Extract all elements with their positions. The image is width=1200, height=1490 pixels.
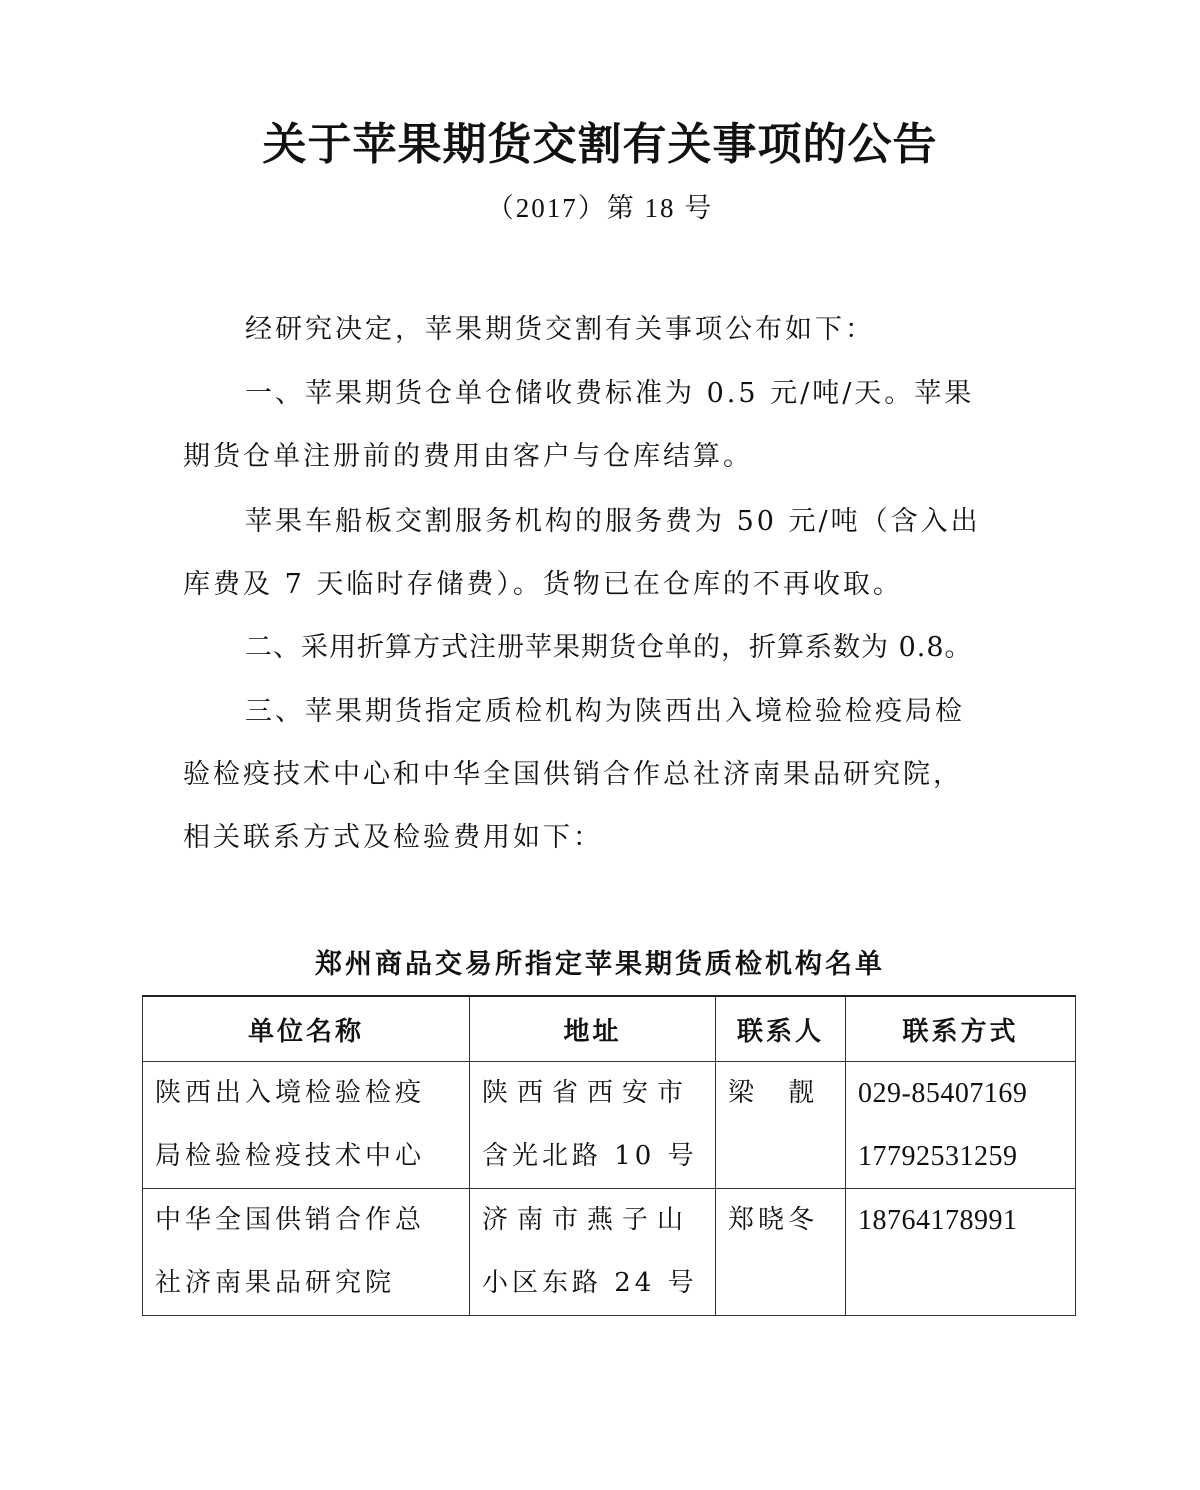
paragraph-line: 相关联系方式及检验费用如下： — [183, 806, 1043, 869]
document-number: （2017）第 18 号 — [0, 186, 1200, 225]
table-row: 中华全国供销合作总 社济南果品研究院 济南市燕子山 小区东路 24 号 郑晓冬 … — [143, 1189, 1076, 1316]
cell-address: 陕西省西安市 含光北路 10 号 — [470, 1062, 716, 1189]
cell-contact-info: 029-85407169 17792531259 — [846, 1062, 1076, 1189]
cell-line: 济南市燕子山 — [482, 1189, 709, 1252]
phone-number: 029-85407169 — [858, 1062, 1069, 1125]
cell-line: 陕西出入境检验检疫 — [155, 1062, 463, 1125]
cell-line: 社济南果品研究院 — [155, 1252, 463, 1315]
phone-number: 18764178991 — [858, 1189, 1069, 1252]
paragraph-line: 一、苹果期货仓单仓储收费标准为 0.5 元/吨/天。苹果 — [183, 362, 1043, 425]
cell-line: 小区东路 24 号 — [482, 1252, 709, 1315]
header-address: 地址 — [470, 996, 716, 1062]
header-contact-person: 联系人 — [716, 996, 846, 1062]
cell-address: 济南市燕子山 小区东路 24 号 — [470, 1189, 716, 1316]
paragraph-line: 三、苹果期货指定质检机构为陕西出入境检验检疫局检 — [183, 680, 1043, 743]
inspection-agency-table: 单位名称 地址 联系人 联系方式 陕西出入境检验检疫 局检验检疫技术中心 陕西省… — [142, 995, 1076, 1316]
header-contact-info: 联系方式 — [846, 996, 1076, 1062]
table-row: 陕西出入境检验检疫 局检验检疫技术中心 陕西省西安市 含光北路 10 号 梁 靓… — [143, 1062, 1076, 1189]
table-header-row: 单位名称 地址 联系人 联系方式 — [143, 996, 1076, 1062]
cell-unit-name: 陕西出入境检验检疫 局检验检疫技术中心 — [143, 1062, 470, 1189]
paragraph-item-3: 三、苹果期货指定质检机构为陕西出入境检验检疫局检 验检疫技术中心和中华全国供销合… — [183, 680, 1043, 869]
header-unit-name: 单位名称 — [143, 996, 470, 1062]
paragraph-line: 经研究决定，苹果期货交割有关事项公布如下： — [183, 298, 1043, 361]
paragraph-line: 期货仓单注册前的费用由客户与仓库结算。 — [183, 425, 1043, 488]
paragraph-line: 库费及 7 天临时存储费）。货物已在仓库的不再收取。 — [183, 553, 1043, 616]
cell-contact-person: 梁 靓 — [716, 1062, 846, 1189]
cell-contact-person: 郑晓冬 — [716, 1189, 846, 1316]
paragraph-line: 验检疫技术中心和中华全国供销合作总社济南果品研究院， — [183, 743, 1043, 806]
paragraph-line: 苹果车船板交割服务机构的服务费为 50 元/吨（含入出 — [183, 490, 1043, 553]
document-page: 关于苹果期货交割有关事项的公告 （2017）第 18 号 经研究决定，苹果期货交… — [0, 0, 1200, 1490]
paragraph-line: 二、采用折算方式注册苹果期货仓单的，折算系数为 0.8。 — [183, 616, 1043, 679]
cell-line: 梁 靓 — [728, 1062, 839, 1125]
cell-line: 中华全国供销合作总 — [155, 1189, 463, 1252]
cell-line: 陕西省西安市 — [482, 1062, 709, 1125]
cell-line: 含光北路 10 号 — [482, 1125, 709, 1188]
cell-line: 局检验检疫技术中心 — [155, 1125, 463, 1188]
table-caption: 郑州商品交易所指定苹果期货质检机构名单 — [0, 942, 1200, 981]
paragraph-item-1: 一、苹果期货仓单仓储收费标准为 0.5 元/吨/天。苹果 期货仓单注册前的费用由… — [183, 362, 1043, 488]
cell-contact-info: 18764178991 — [846, 1189, 1076, 1316]
paragraph-service-fee: 苹果车船板交割服务机构的服务费为 50 元/吨（含入出 库费及 7 天临时存储费… — [183, 490, 1043, 616]
paragraph-intro: 经研究决定，苹果期货交割有关事项公布如下： — [183, 298, 1043, 361]
cell-line: 郑晓冬 — [728, 1189, 839, 1252]
paragraph-item-2: 二、采用折算方式注册苹果期货仓单的，折算系数为 0.8。 — [183, 616, 1043, 679]
phone-number: 17792531259 — [858, 1125, 1069, 1188]
document-title: 关于苹果期货交割有关事项的公告 — [0, 108, 1200, 172]
cell-unit-name: 中华全国供销合作总 社济南果品研究院 — [143, 1189, 470, 1316]
